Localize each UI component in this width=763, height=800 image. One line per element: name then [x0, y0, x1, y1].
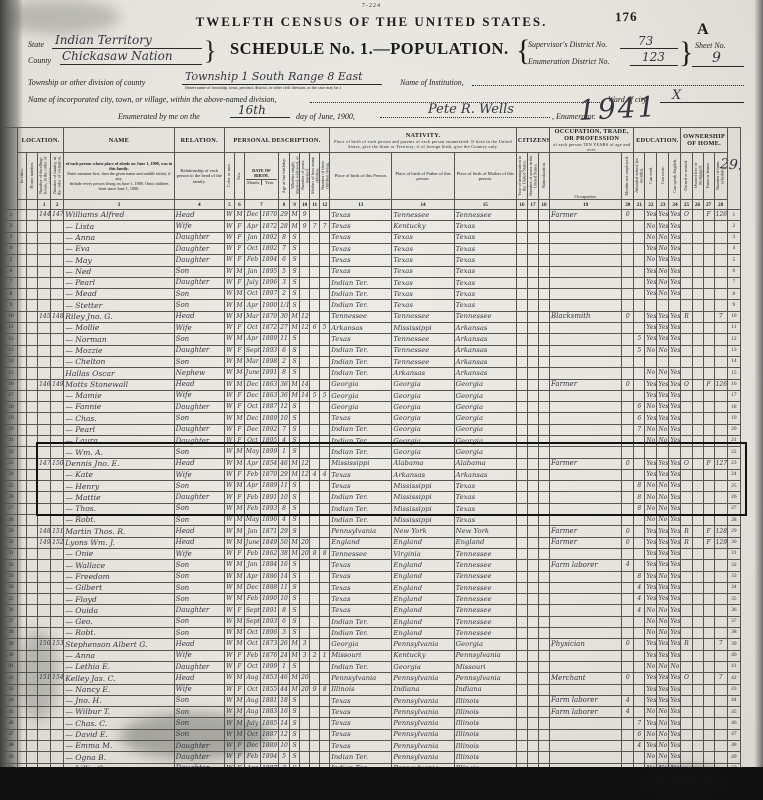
cell-wr — [657, 300, 669, 311]
cell-im — [516, 650, 527, 661]
col-can-write: Can write. — [657, 153, 669, 200]
cell-mc — [310, 605, 320, 616]
cell-fh — [703, 582, 714, 593]
cell-n: — Chas. — [64, 413, 174, 424]
line-number-right: 13 — [727, 345, 740, 356]
line-number-left: 28 — [5, 515, 18, 526]
cell-na — [538, 277, 549, 288]
group-relation: RELATION. — [174, 128, 224, 153]
cell-s: M — [234, 537, 244, 548]
census-row: 22— Wm. A.SonWMMay18991SIndian Ter.Georg… — [5, 447, 741, 458]
census-row: 14— CheltonSonWMMar18982SIndian Ter.Tenn… — [5, 356, 741, 367]
cell-fh — [703, 548, 714, 559]
cell-bm: Apr — [244, 571, 260, 582]
cell-en: Yes — [669, 469, 681, 480]
cell-st — [18, 729, 27, 740]
cell-p1: Texas — [330, 571, 392, 582]
cell-yu — [527, 695, 538, 706]
cell-cl: 8 — [320, 548, 330, 559]
cell-im — [516, 729, 527, 740]
township-value: Township 1 South Range 8 East — [185, 70, 363, 83]
line-number-left: 41 — [5, 661, 18, 672]
cell-na — [538, 311, 549, 322]
cell-fh — [703, 729, 714, 740]
line-number-right: 32 — [727, 560, 740, 571]
cell-by: 1873 — [260, 639, 278, 650]
cell-mc — [310, 210, 320, 221]
cell-sch — [634, 515, 645, 526]
cell-m: M — [290, 323, 300, 334]
cell-p1: Georgia — [330, 379, 392, 390]
cell-en: Yes — [669, 402, 681, 413]
cell-occ — [550, 571, 622, 582]
cell-en: Yes — [669, 277, 681, 288]
cell-rd: Yes — [645, 695, 657, 706]
cell-mc — [310, 526, 320, 537]
cell-s: M — [234, 560, 244, 571]
cell-p1: Georgia — [330, 402, 392, 413]
cell-cl — [320, 582, 330, 593]
line-number-left: 5 — [5, 255, 18, 266]
cell-a: 16 — [279, 560, 290, 571]
cell-p3: Tennessee — [454, 210, 516, 221]
cell-d: 148 — [38, 526, 51, 537]
cell-bm: Oct — [244, 402, 260, 413]
cell-ym: 20 — [300, 684, 310, 695]
cell-f — [51, 368, 64, 379]
cell-na — [538, 707, 549, 718]
cell-m: S — [290, 503, 300, 514]
cell-rd: Yes — [645, 639, 657, 650]
cell-bm: Dec — [244, 210, 260, 221]
cell-f — [51, 390, 64, 401]
cell-p1: Texas — [330, 718, 392, 729]
cell-om — [692, 334, 703, 345]
cell-by: 1893 — [260, 345, 278, 356]
cell-fs — [714, 469, 727, 480]
cell-rd: Yes — [645, 684, 657, 695]
cell-n: — Onie — [64, 548, 174, 559]
cell-rd: No — [645, 481, 657, 492]
cell-bm: Aug — [244, 707, 260, 718]
census-row: 21— LauraDaughterWFOct18954SIndian Ter.G… — [5, 436, 741, 447]
cell-s: F — [234, 221, 244, 232]
census-row: 42151154Kelley Jas. C.HeadWMAug185346M20… — [5, 673, 741, 684]
cell-f — [51, 266, 64, 277]
cell-occ — [550, 492, 622, 503]
cell-a: 46 — [279, 673, 290, 684]
cell-fh — [703, 515, 714, 526]
cell-a: 4 — [279, 515, 290, 526]
cell-mo — [622, 232, 634, 243]
cell-by: 1893 — [260, 616, 278, 627]
cell-hn — [27, 582, 38, 593]
cell-a: 36 — [279, 379, 290, 390]
cell-p1: Arkansas — [330, 323, 392, 334]
cell-r: Daughter — [174, 277, 224, 288]
cell-f — [51, 334, 64, 345]
cell-ym — [300, 345, 310, 356]
cell-om — [692, 661, 703, 672]
cell-wr: Yes — [657, 402, 669, 413]
cell-mc — [310, 718, 320, 729]
cell-mo — [622, 424, 634, 435]
cell-yu — [527, 639, 538, 650]
census-scan-page: { "page": { "form_number": "7-224", "tit… — [0, 0, 763, 800]
cell-mc — [310, 594, 320, 605]
cell-mc — [310, 289, 320, 300]
cell-m: S — [290, 334, 300, 345]
cell-s: F — [234, 243, 244, 254]
cell-p2: Georgia — [392, 390, 454, 401]
cell-im — [516, 582, 527, 593]
cell-en: Yes — [669, 492, 681, 503]
cell-fs — [714, 232, 727, 243]
cell-sch — [634, 548, 645, 559]
cell-n: — Emma M. — [64, 741, 174, 752]
cell-cl — [320, 718, 330, 729]
cell-mc — [310, 582, 320, 593]
cell-wr: Yes — [657, 537, 669, 548]
cell-wr: No — [657, 605, 669, 616]
cell-d — [38, 661, 51, 672]
cell-mc — [310, 741, 320, 752]
cell-im — [516, 605, 527, 616]
cell-f: 148 — [51, 311, 64, 322]
cell-sch — [634, 379, 645, 390]
cell-m: M — [290, 684, 300, 695]
cell-mc — [310, 628, 320, 639]
cell-yu — [527, 537, 538, 548]
cell-o — [681, 345, 692, 356]
cell-r: Son — [174, 718, 224, 729]
cell-o — [681, 277, 692, 288]
cell-cl — [320, 368, 330, 379]
cell-s: M — [234, 616, 244, 627]
cell-wr: Yes — [657, 684, 669, 695]
cell-cl: 7 — [320, 221, 330, 232]
cell-yu — [527, 424, 538, 435]
cell-r: Wife — [174, 684, 224, 695]
cell-im — [516, 616, 527, 627]
cell-hn — [27, 537, 38, 548]
cell-st — [18, 345, 27, 356]
cell-m: S — [290, 447, 300, 458]
cell-occ — [550, 266, 622, 277]
cell-fs: 129 — [714, 537, 727, 548]
cell-hn — [27, 548, 38, 559]
cell-occ — [550, 447, 622, 458]
cell-hn — [27, 277, 38, 288]
cell-s: F — [234, 390, 244, 401]
cell-fs: 7 — [714, 673, 727, 684]
cell-sch — [634, 436, 645, 447]
cell-im — [516, 752, 527, 763]
cell-c: W — [224, 402, 234, 413]
cell-bm: Jan — [244, 232, 260, 243]
col-house-number: House number. — [27, 153, 38, 200]
cell-o — [681, 436, 692, 447]
cell-mc — [310, 266, 320, 277]
cell-m: S — [290, 413, 300, 424]
cell-f — [51, 684, 64, 695]
cell-o — [681, 481, 692, 492]
cell-r: Son — [174, 334, 224, 345]
cell-na — [538, 436, 549, 447]
cell-en: Yes — [669, 345, 681, 356]
cell-r: Son — [174, 447, 224, 458]
cell-p3: Georgia — [454, 402, 516, 413]
cell-om — [692, 300, 703, 311]
cell-sch: 8 — [634, 481, 645, 492]
cell-c: W — [224, 390, 234, 401]
cell-fh — [703, 503, 714, 514]
cell-n: — Pearl — [64, 277, 174, 288]
census-row: 41— Lethia E.DaughterWFOct18991SIndian T… — [5, 661, 741, 672]
cell-d — [38, 695, 51, 706]
cell-bm: Mar — [244, 356, 260, 367]
cell-wr: No — [657, 661, 669, 672]
cell-fh — [703, 221, 714, 232]
cell-st — [18, 458, 27, 469]
cell-p2: Texas — [392, 243, 454, 254]
cell-p2: Georgia — [392, 447, 454, 458]
cell-hn — [27, 492, 38, 503]
cell-rd: No — [645, 424, 657, 435]
cell-p3: Texas — [454, 266, 516, 277]
cell-st — [18, 255, 27, 266]
cell-mo — [622, 255, 634, 266]
cell-s: M — [234, 594, 244, 605]
cell-m: S — [290, 277, 300, 288]
cell-occ — [550, 594, 622, 605]
cell-p1: Mississippi — [330, 458, 392, 469]
cell-m: S — [290, 492, 300, 503]
cell-bm: Oct — [244, 684, 260, 695]
census-row: 10145148Riley Jno. G.HeadWMMar187030M12T… — [5, 311, 741, 322]
cell-o — [681, 402, 692, 413]
col-children-living: Number of these children living. — [320, 153, 330, 200]
cell-fs — [714, 402, 727, 413]
cell-im — [516, 673, 527, 684]
cell-cl — [320, 492, 330, 503]
cell-cl — [320, 741, 330, 752]
cell-by: 1899 — [260, 447, 278, 458]
cell-yu — [527, 323, 538, 334]
cell-n: — Thos. — [64, 503, 174, 514]
cell-fs — [714, 684, 727, 695]
cell-occ — [550, 402, 622, 413]
cell-im — [516, 661, 527, 672]
line-number-right: 23 — [727, 458, 740, 469]
cell-occ — [550, 718, 622, 729]
cell-om — [692, 266, 703, 277]
cell-d — [38, 741, 51, 752]
line-number-right: 42 — [727, 673, 740, 684]
cell-om — [692, 650, 703, 661]
cell-hn — [27, 707, 38, 718]
cell-hn — [27, 481, 38, 492]
cell-r: Daughter — [174, 424, 224, 435]
cell-n: Williams Alfred — [64, 210, 174, 221]
cell-mc — [310, 424, 320, 435]
cell-fs — [714, 729, 727, 740]
cell-p1: Tennessee — [330, 311, 392, 322]
cell-rd: Yes — [645, 311, 657, 322]
cell-r: Daughter — [174, 605, 224, 616]
cell-d: 147 — [38, 458, 51, 469]
cell-m: M — [290, 311, 300, 322]
cell-rd: No — [645, 255, 657, 266]
cell-sch — [634, 210, 645, 221]
cell-o — [681, 560, 692, 571]
cell-p1: Texas — [330, 741, 392, 752]
cell-sch — [634, 266, 645, 277]
cell-occ — [550, 413, 622, 424]
group-name: NAME — [64, 128, 174, 153]
cell-rd: Yes — [645, 571, 657, 582]
cell-bm: Apr — [244, 300, 260, 311]
cell-im — [516, 628, 527, 639]
cell-s: M — [234, 334, 244, 345]
cell-om — [692, 458, 703, 469]
cell-p1: Tennessee — [330, 548, 392, 559]
cell-bm: Dec — [244, 582, 260, 593]
cell-rd: Yes — [645, 323, 657, 334]
cell-c: W — [224, 718, 234, 729]
cell-cl — [320, 729, 330, 740]
cell-rd: Yes — [645, 560, 657, 571]
cell-m: S — [290, 741, 300, 752]
cell-en: Yes — [669, 718, 681, 729]
cell-s: F — [234, 323, 244, 334]
census-row: 16146149Motts StonewallHeadWMDec186336M1… — [5, 379, 741, 390]
cell-p2: England — [392, 560, 454, 571]
cell-by: 1881 — [260, 695, 278, 706]
cell-im — [516, 323, 527, 334]
cell-sch: 8 — [634, 571, 645, 582]
cell-n: — Mozzie — [64, 345, 174, 356]
cell-s: M — [234, 571, 244, 582]
col-owned-free: Owned free or mortgaged. — [692, 153, 703, 200]
cell-om — [692, 537, 703, 548]
sheet-letter: A — [697, 21, 709, 39]
cell-c: W — [224, 232, 234, 243]
cell-p1: Indian Ter. — [330, 277, 392, 288]
written-year: 1941 — [577, 90, 658, 127]
cell-en: Yes — [669, 752, 681, 763]
cell-a: 1 — [279, 447, 290, 458]
cell-im — [516, 526, 527, 537]
cell-m: M — [290, 673, 300, 684]
line-number-right: 4 — [727, 243, 740, 254]
schedule-title: SCHEDULE No. 1.—POPULATION. — [230, 39, 509, 59]
cell-im — [516, 492, 527, 503]
cell-im — [516, 469, 527, 480]
cell-o: R — [681, 537, 692, 548]
cell-cl — [320, 402, 330, 413]
cell-p1: Texas — [330, 255, 392, 266]
cell-om — [692, 379, 703, 390]
cell-st — [18, 221, 27, 232]
cell-p1: Indian Ter. — [330, 368, 392, 379]
cell-wr: Yes — [657, 210, 669, 221]
cell-na — [538, 356, 549, 367]
cell-ym: 14 — [300, 390, 310, 401]
cell-d — [38, 424, 51, 435]
cell-rd: No — [645, 402, 657, 413]
cell-s: M — [234, 368, 244, 379]
cell-p2: England — [392, 605, 454, 616]
cell-r: Daughter — [174, 255, 224, 266]
cell-hn — [27, 447, 38, 458]
cell-bm: Feb — [244, 752, 260, 763]
cell-wr: No — [657, 277, 669, 288]
cell-om — [692, 639, 703, 650]
cell-occ — [550, 650, 622, 661]
cell-wr: Yes — [657, 390, 669, 401]
cell-cl — [320, 594, 330, 605]
cell-yu — [527, 684, 538, 695]
cell-p1: Indian Ter. — [330, 436, 392, 447]
cell-bm: July — [244, 718, 260, 729]
cell-d — [38, 752, 51, 763]
cell-s: M — [234, 503, 244, 514]
cell-occ: Farm laborer — [550, 560, 622, 571]
line-number-right: 47 — [727, 729, 740, 740]
cell-sch: 7 — [634, 424, 645, 435]
census-row: 24— KateWifeWFFeb187029M1244TexasArkansa… — [5, 469, 741, 480]
cell-na — [538, 221, 549, 232]
cell-om — [692, 684, 703, 695]
cell-na — [538, 718, 549, 729]
cell-p2: Kentucky — [392, 221, 454, 232]
col-can-speak-english: Can speak English. — [669, 153, 681, 200]
cell-p1: Indian Ter. — [330, 300, 392, 311]
cell-p1: England — [330, 537, 392, 548]
group-personal-description: PERSONAL DESCRIPTION. — [224, 128, 329, 153]
col-marital-status: Whether single, married, widowed, or div… — [290, 153, 300, 200]
cell-p2: Georgia — [392, 661, 454, 672]
cell-ym — [300, 526, 310, 537]
line-number-left: 10 — [5, 311, 18, 322]
cell-fh — [703, 232, 714, 243]
cell-d — [38, 221, 51, 232]
cell-fs — [714, 413, 727, 424]
cell-p3: Arkansas — [454, 323, 516, 334]
cell-d — [38, 300, 51, 311]
cell-om — [692, 503, 703, 514]
enumeration-district-label: Enumeration District No. — [528, 57, 610, 66]
cell-sch — [634, 447, 645, 458]
cell-cl — [320, 266, 330, 277]
cell-mo — [622, 390, 634, 401]
cell-yu — [527, 481, 538, 492]
cell-c: W — [224, 424, 234, 435]
cell-occ: Farmer — [550, 210, 622, 221]
cell-d — [38, 628, 51, 639]
cell-na — [538, 515, 549, 526]
cell-na — [538, 560, 549, 571]
cell-mo — [622, 729, 634, 740]
cell-hn — [27, 345, 38, 356]
cell-na — [538, 503, 549, 514]
cell-occ — [550, 752, 622, 763]
cell-om — [692, 436, 703, 447]
cell-om — [692, 752, 703, 763]
cell-fs: 126 — [714, 379, 727, 390]
cell-mo — [622, 741, 634, 752]
